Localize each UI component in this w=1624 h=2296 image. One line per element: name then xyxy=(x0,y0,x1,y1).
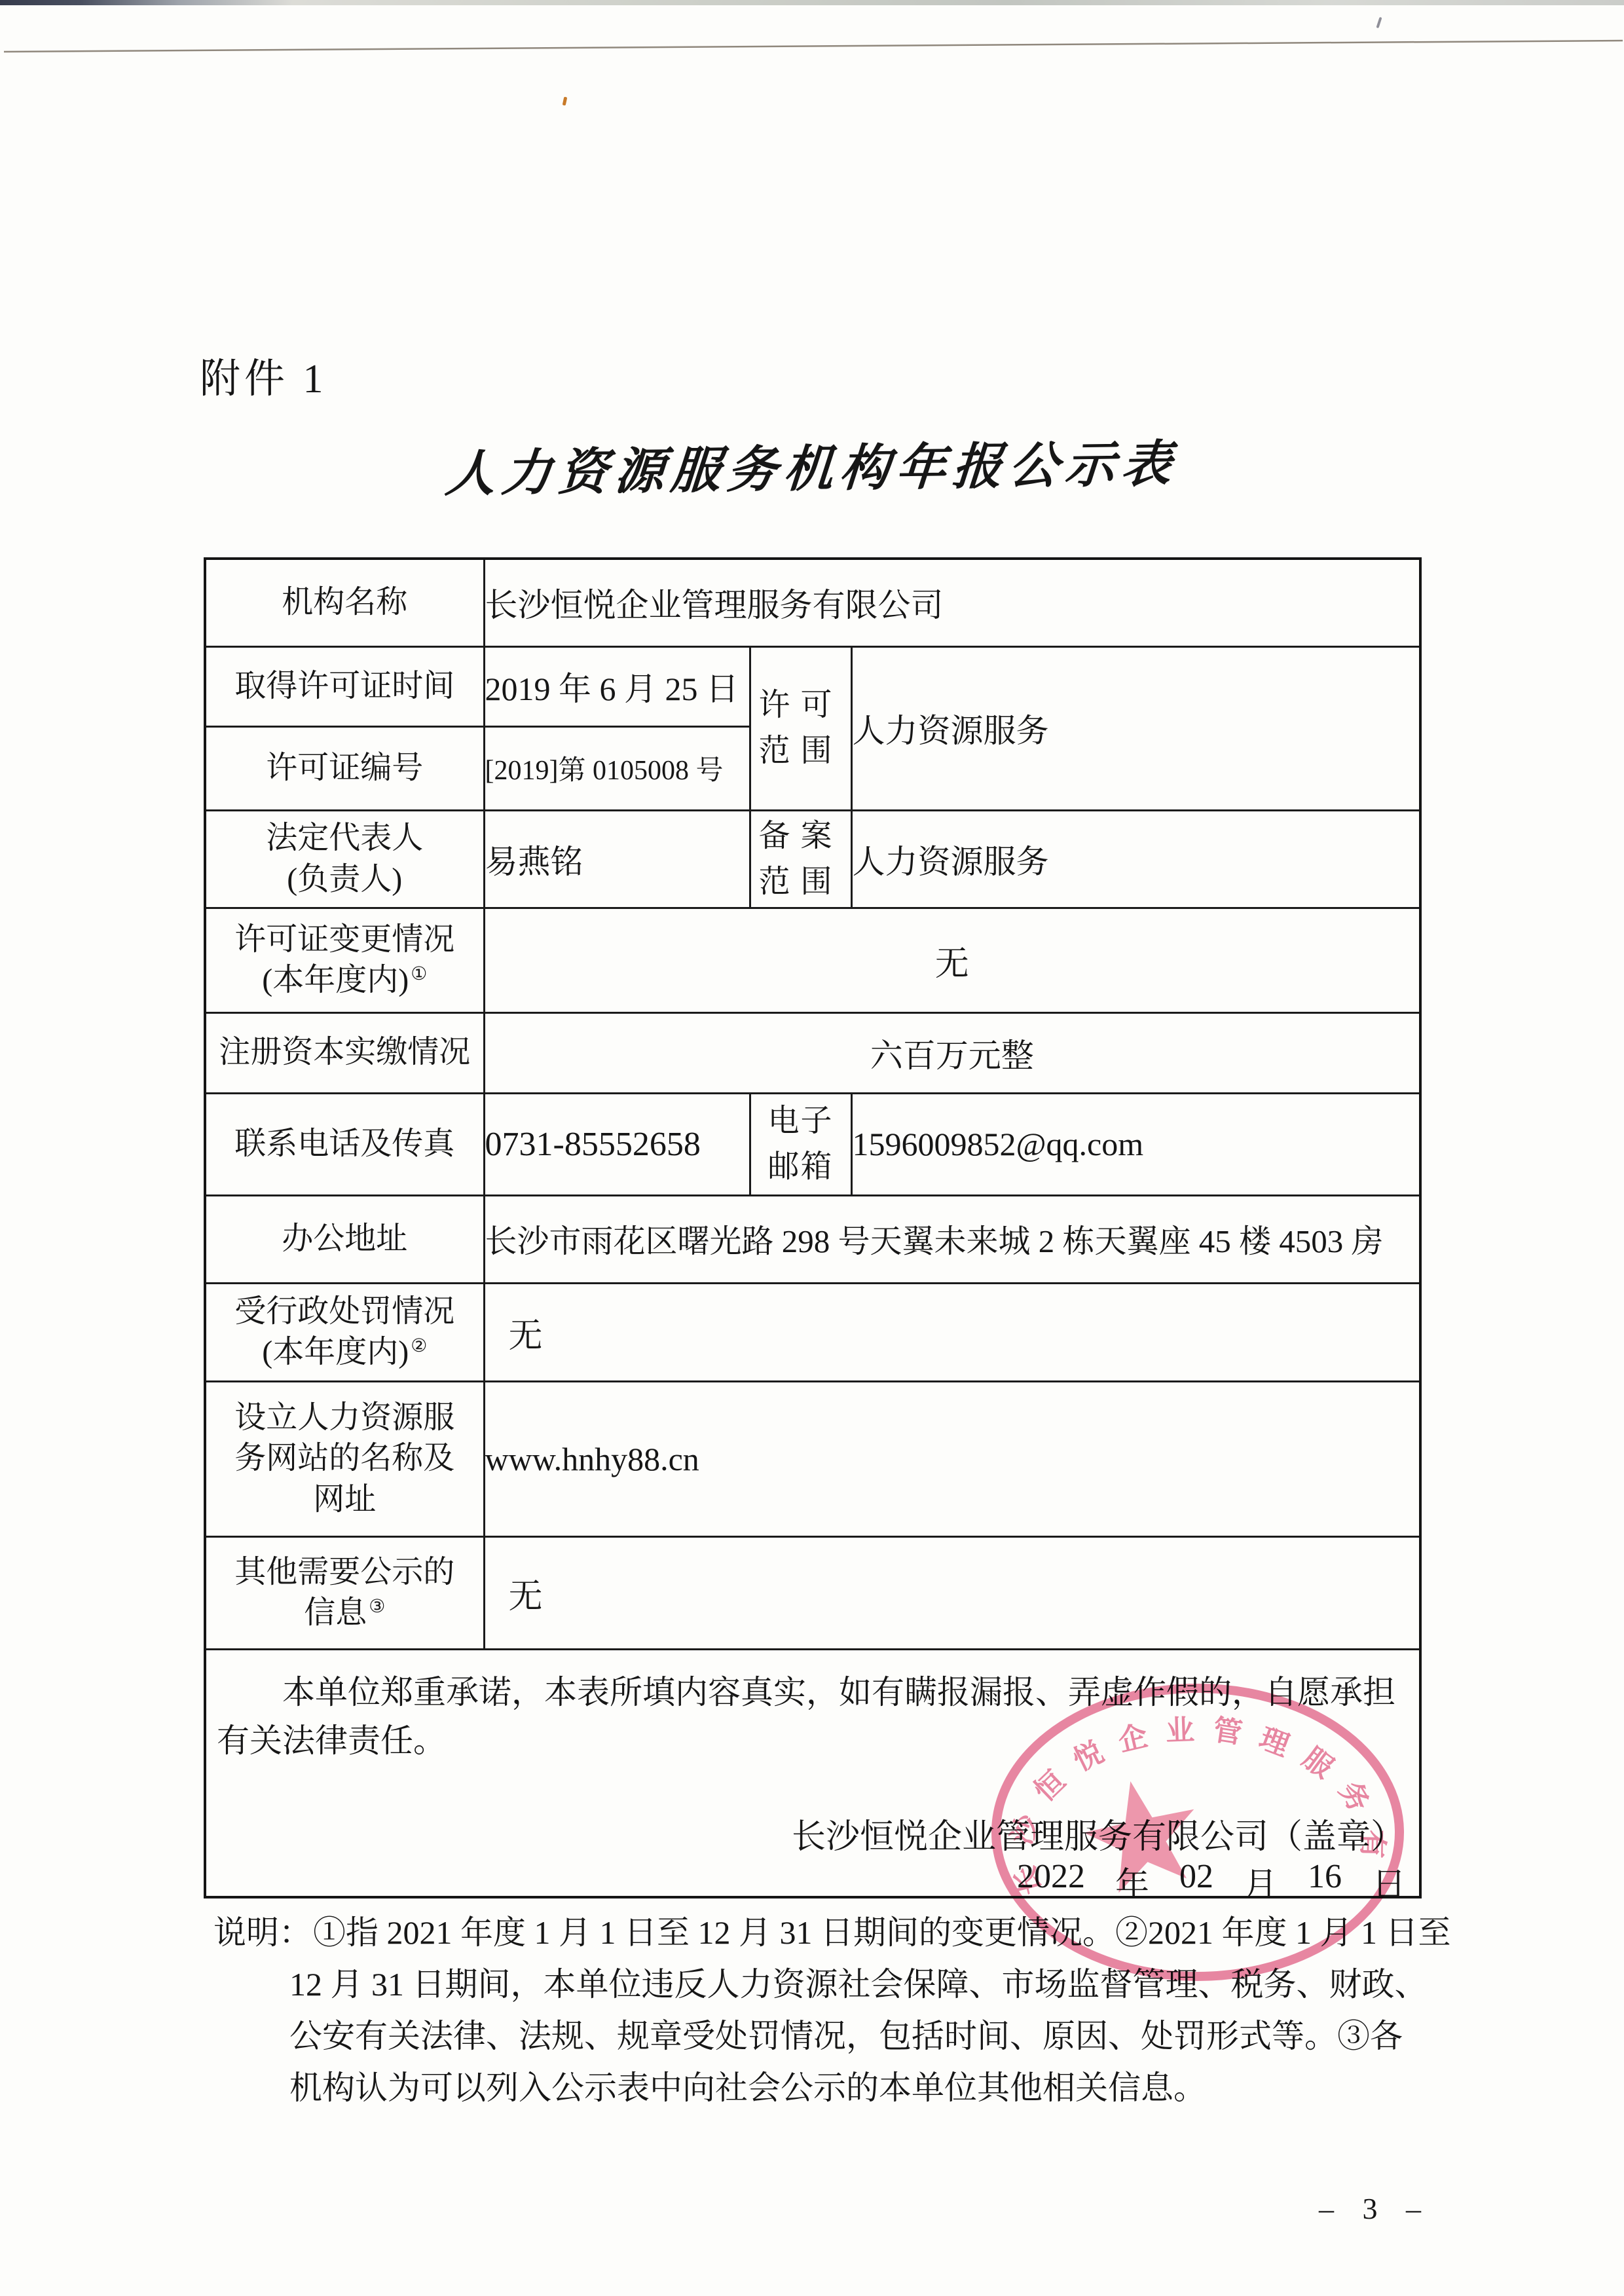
other-info-value: 无 xyxy=(484,1536,1420,1649)
license-scope-label: 许可 范围 xyxy=(750,646,851,810)
footnote-mark-1: ① xyxy=(411,964,427,984)
footnote-mark-2: ② xyxy=(411,1336,427,1356)
table-row: 办公地址 长沙市雨花区曙光路 298 号天翼未来城 2 栋天翼座 45 楼 45… xyxy=(205,1195,1420,1283)
table-row: 许可证变更情况 (本年度内)① 无 xyxy=(205,908,1420,1012)
scanned-document-page: 附件 1 人力资源服务机构年报公示表 机构名称 长沙恒悦企业管理服务有限公司 取… xyxy=(0,0,1624,2296)
penalty-value: 无 xyxy=(484,1283,1420,1381)
table-row: 法定代表人 (负责人) 易燕铭 备案 范围 人力资源服务 xyxy=(205,810,1420,908)
scan-line-artifact xyxy=(0,0,1624,85)
phone-value: 0731-85552658 xyxy=(484,1093,750,1195)
table-row: 联系电话及传真 0731-85552658 电子 邮箱 1596009852@q… xyxy=(205,1093,1420,1195)
license-change-label: 许可证变更情况 (本年度内)① xyxy=(205,908,484,1012)
website-value: www.hnhy88.cn xyxy=(484,1381,1420,1536)
scan-speck-artifact xyxy=(563,97,568,106)
email-label: 电子 邮箱 xyxy=(750,1093,851,1195)
company-seal-stamp: 长沙恒悦企业管理服务有限公司 xyxy=(950,1650,1454,2030)
license-scope-value: 人力资源服务 xyxy=(851,646,1420,810)
address-value: 长沙市雨花区曙光路 298 号天翼未来城 2 栋天翼座 45 楼 4503 房 xyxy=(484,1195,1420,1283)
table-row: 其他需要公示的 信息③ 无 xyxy=(205,1536,1420,1649)
email-value: 1596009852@qq.com xyxy=(851,1093,1420,1195)
org-name-value: 长沙恒悦企业管理服务有限公司 xyxy=(484,559,1420,646)
penalty-label: 受行政处罚情况 (本年度内)② xyxy=(205,1283,484,1381)
document-title: 人力资源服务机构年报公示表 xyxy=(0,418,1624,512)
attachment-label: 附件 1 xyxy=(200,346,327,404)
license-date-value: 2019 年 6 月 25 日 xyxy=(484,646,750,726)
table-row: 机构名称 长沙恒悦企业管理服务有限公司 xyxy=(205,559,1420,646)
license-change-value: 无 xyxy=(484,908,1420,1012)
license-no-value: [2019]第 0105008 号 xyxy=(484,726,750,810)
footnote-label: 说明： xyxy=(213,1914,312,1951)
capital-value: 六百万元整 xyxy=(484,1012,1420,1093)
seal-star-icon xyxy=(1075,1769,1208,1897)
record-scope-label: 备案 范围 xyxy=(750,810,851,908)
footnote-line-4: 机构认为可以列入公示表中向社会公示的本单位其他相关信息。 xyxy=(289,2062,1424,2114)
phone-label: 联系电话及传真 xyxy=(205,1093,484,1195)
org-name-label: 机构名称 xyxy=(205,559,484,646)
table-row: 受行政处罚情况 (本年度内)② 无 xyxy=(205,1283,1420,1381)
table-row: 注册资本实缴情况 六百万元整 xyxy=(205,1012,1420,1093)
capital-label: 注册资本实缴情况 xyxy=(205,1012,484,1093)
record-scope-value: 人力资源服务 xyxy=(851,810,1420,908)
website-label: 设立人力资源服 务网站的名称及 网址 xyxy=(205,1381,484,1536)
other-info-label: 其他需要公示的 信息③ xyxy=(205,1536,484,1649)
page-number: – 3 – xyxy=(1319,2191,1431,2226)
footnote-mark-3: ③ xyxy=(369,1597,385,1617)
legal-rep-value: 易燕铭 xyxy=(484,810,750,908)
table-row: 设立人力资源服 务网站的名称及 网址 www.hnhy88.cn xyxy=(205,1381,1420,1536)
license-date-label: 取得许可证时间 xyxy=(205,646,484,726)
license-no-label: 许可证编号 xyxy=(205,726,484,810)
table-row: 取得许可证时间 2019 年 6 月 25 日 许可 范围 人力资源服务 xyxy=(205,646,1420,726)
legal-rep-label: 法定代表人 (负责人) xyxy=(205,810,484,908)
address-label: 办公地址 xyxy=(205,1195,484,1283)
